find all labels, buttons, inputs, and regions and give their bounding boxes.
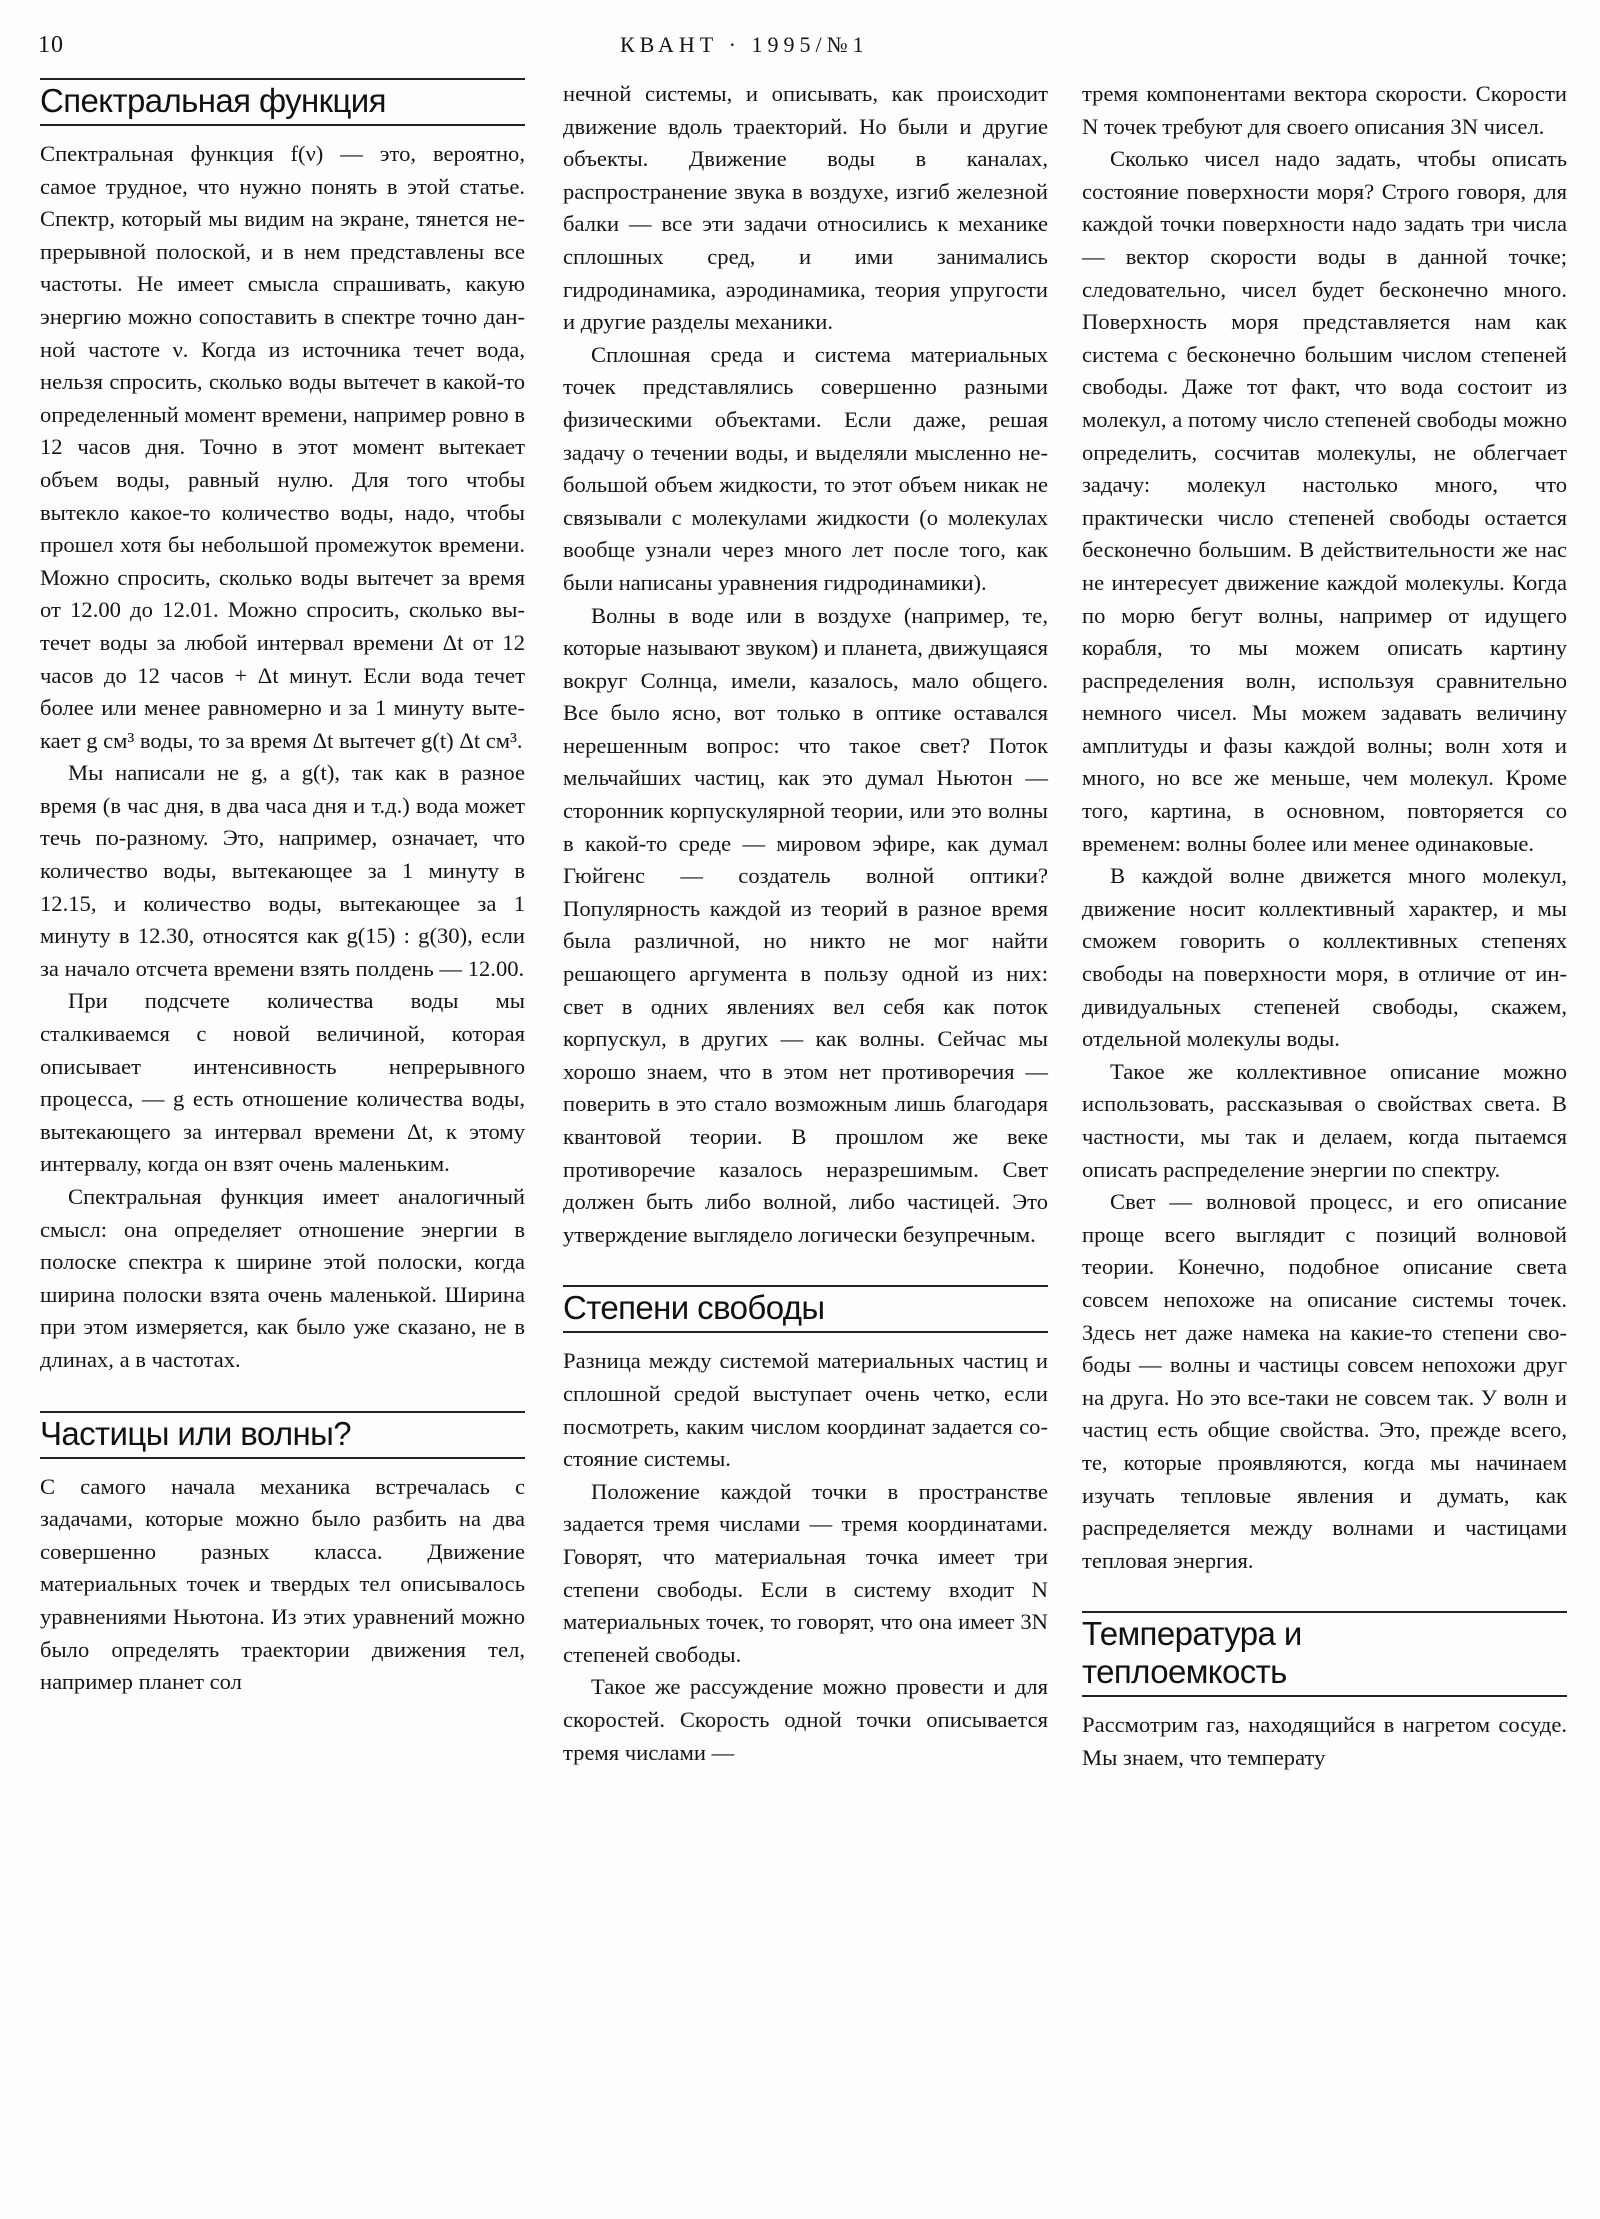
paragraph: тремя компонентами вектора скорос­ти. Ск… <box>1082 78 1567 143</box>
paragraph: Спектральная функция имеет анало­гичный … <box>40 1181 525 1377</box>
paragraph: Мы написали не g, а g(t), так как в разн… <box>40 757 525 985</box>
paragraph: Сколько чисел надо задать, чтобы описать… <box>1082 143 1567 860</box>
paragraph: Такое же рассуждение можно про­вести и д… <box>563 1671 1048 1769</box>
column-2: нечной системы, и описывать, как происхо… <box>563 78 1048 1769</box>
section-body-particles-or-waves-cont: нечной системы, и описывать, как происхо… <box>563 78 1048 1251</box>
journal-title: КВАНТ · 1995/№1 <box>620 32 869 58</box>
paragraph: В каждой волне движется много молекул, д… <box>1082 860 1567 1056</box>
section-body-spectral-function: Спектральная функция f(ν) — это, вероятн… <box>40 138 525 1377</box>
paragraph: С самого начала механика встреча­лась с … <box>40 1471 525 1699</box>
paragraph: Спектральная функция f(ν) — это, вероятн… <box>40 138 525 757</box>
paragraph: Свет — волновой процесс, и его опи­сание… <box>1082 1186 1567 1577</box>
section-title: Спектральная функция <box>40 82 525 120</box>
section-title: Степени свободы <box>563 1289 1048 1327</box>
paragraph: нечной системы, и описывать, как происхо… <box>563 78 1048 339</box>
paragraph: Положение каждой точки в простран­стве з… <box>563 1476 1048 1672</box>
paragraph: Разница между системой материаль­ных час… <box>563 1345 1048 1475</box>
section-body-particles-or-waves: С самого начала механика встреча­лась с … <box>40 1471 525 1699</box>
section-title: Частицы или волны? <box>40 1415 525 1453</box>
section-body-degrees-of-freedom: Разница между системой материаль­ных час… <box>563 1345 1048 1769</box>
section-heading-spectral-function: Спектральная функция <box>40 78 525 126</box>
section-heading-particles-or-waves: Частицы или волны? <box>40 1411 525 1459</box>
section-body-degrees-of-freedom-cont: тремя компонентами вектора скорос­ти. Ск… <box>1082 78 1567 1577</box>
section-body-temperature-heat-capacity: Рассмотрим газ, находящийся в нагре­том … <box>1082 1709 1567 1774</box>
section-heading-degrees-of-freedom: Степени свободы <box>563 1285 1048 1333</box>
section-title: Температура и теплоемкость <box>1082 1615 1382 1691</box>
column-3: тремя компонентами вектора скорос­ти. Ск… <box>1082 78 1567 1775</box>
paragraph: Такое же коллективное описание можно исп… <box>1082 1056 1567 1186</box>
column-1: Спектральная функция Спектральная функци… <box>40 78 525 1699</box>
paragraph: Сплошная среда и система матери­альных т… <box>563 339 1048 600</box>
page-number: 10 <box>38 32 64 59</box>
paragraph: При подсчете количества воды мы сталкива… <box>40 985 525 1181</box>
running-header: 10 КВАНТ · 1995/№1 <box>0 32 1600 62</box>
paragraph: Волны в воде или в воздухе (напри­мер, т… <box>563 600 1048 1252</box>
section-heading-temperature-heat-capacity: Температура и теплоемкость <box>1082 1611 1567 1697</box>
paragraph: Рассмотрим газ, находящийся в нагре­том … <box>1082 1709 1567 1774</box>
